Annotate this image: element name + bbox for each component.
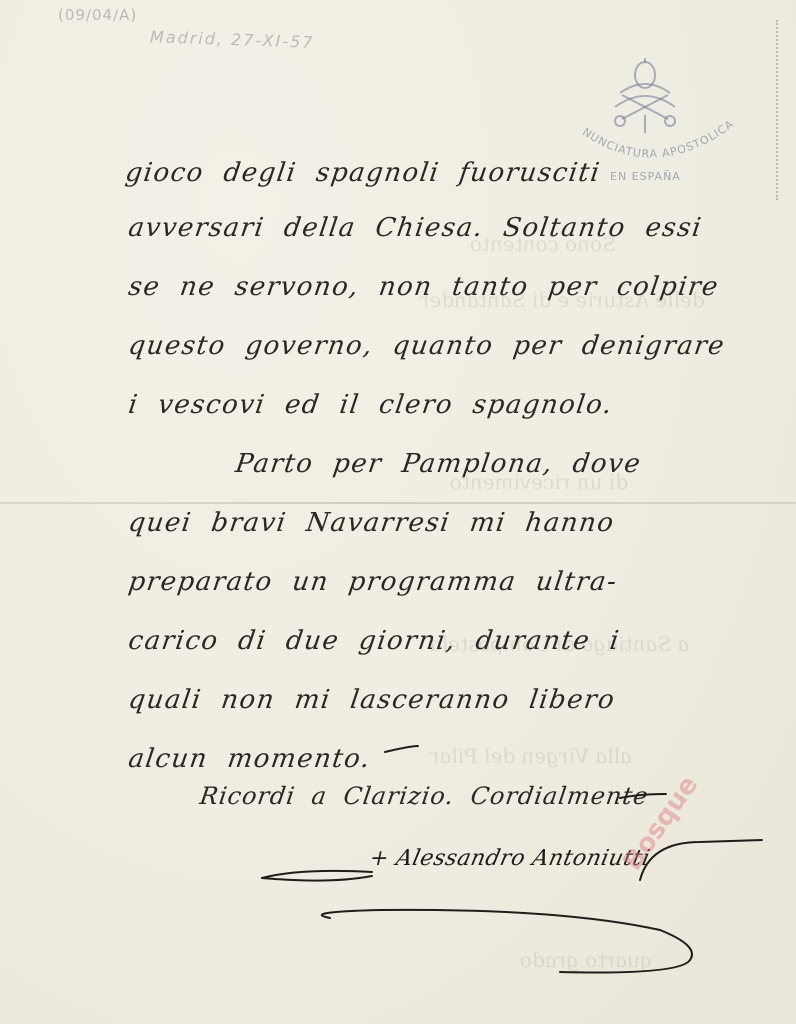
- body-line: preparato un programma ultra-: [116, 557, 684, 616]
- letter-page: Sono contento delle Asturie e di Santand…: [0, 0, 796, 1024]
- pencil-date-note: Madrid, 27-XI-57: [150, 27, 315, 52]
- body-line: quei bravi Navarresi mi hanno: [116, 498, 684, 557]
- body-line: carico di due giorni, durante i: [116, 616, 684, 675]
- signature: + Alessandro Antoniutti: [367, 846, 652, 871]
- bleed-through-text: quarto grado: [518, 948, 654, 972]
- closing-line: Ricordi a Clarizio. Cordialmente: [198, 782, 650, 810]
- pencil-reference-note: (09/04/A): [58, 6, 137, 24]
- body-line: i vescovi ed il clero spagnolo.: [116, 380, 684, 439]
- body-line: questo governo, quanto per denigrare: [116, 321, 684, 380]
- body-line: quali non mi lasceranno libero: [116, 675, 684, 734]
- body-line: gioco degli spagnoli fuorusciti: [116, 148, 684, 207]
- body-line: Parto per Pamplona, dove: [116, 439, 684, 498]
- perforated-edge: [772, 20, 778, 200]
- letter-body: gioco degli spagnoli fuorusciti avversar…: [120, 148, 680, 793]
- body-line: avversari della Chiesa. Soltanto essi: [116, 203, 684, 262]
- body-line: se ne servono, non tanto per colpire: [116, 262, 684, 321]
